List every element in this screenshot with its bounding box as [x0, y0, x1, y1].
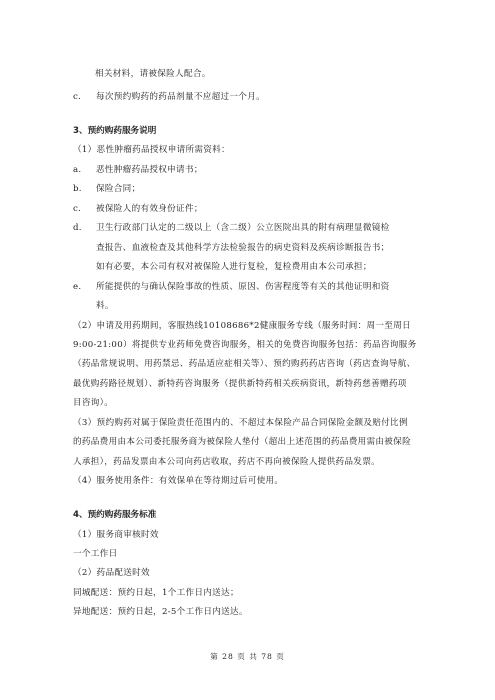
line-text: 最优购药路径规划）、新特药咨询服务（提供新特药相关疾病资讯，新特药慈善赠药项 [73, 379, 407, 389]
line-text: 3、预约购药服务说明 [73, 126, 156, 136]
paragraph-line: （2）药品配送时效 [73, 568, 150, 579]
paragraph-line: 最优购药路径规划）、新特药咨询服务（提供新特药相关疾病资讯，新特药慈善赠药项 [73, 379, 407, 390]
line-text: 目咨询）。 [73, 398, 113, 408]
list-marker: c. [73, 92, 96, 103]
list-marker: b. [73, 184, 96, 195]
line-text: 同城配送：预约日起，1个工作日内送达； [73, 588, 239, 598]
line-text: 所能提供的与确认保险事故的性质、原因、伤害程度等有关的其他证明和资 [96, 282, 390, 292]
line-text: （2）药品配送时效 [73, 568, 150, 578]
line-text: 4、预约购药服务标准 [73, 510, 156, 520]
line-text: 查报告、血液检查及其他科学方法检验报告的病史资料及疾病诊断报告书； [96, 243, 390, 253]
paragraph-line: （2）申请及用药期间，客服热线10108686*2健康服务专线（服务时间：周一至… [73, 321, 411, 332]
list-item: c.每次预约购药的药品剂量不应超过一个月。 [73, 92, 265, 103]
list-item: e.所能提供的与确认保险事故的性质、原因、伤害程度等有关的其他证明和资 [73, 282, 390, 293]
line-text: 相关材料，请被保险人配合。 [95, 69, 211, 79]
line-text: 一个工作日 [73, 549, 117, 559]
line-text: 9:00-21:00）将提供专业药师免费咨询服务，相关的免费咨询服务包括：药品咨… [73, 340, 416, 350]
line-text: 被保险人的有效身份证件； [96, 204, 203, 214]
line-text: （药品常规说明、用药禁忌、药品适应症相关等）、预约购药药店咨询（药店查询导航、 [73, 359, 416, 369]
paragraph-line: （1）服务商审核时效 [73, 530, 159, 541]
page-footer: 第 28 页 共 78 页 [0, 651, 495, 662]
section-heading: 4、预约购药服务标准 [73, 510, 156, 521]
paragraph-line: （药品常规说明、用药禁忌、药品适应症相关等）、预约购药药店咨询（药店查询导航、 [73, 359, 416, 370]
paragraph-line: 人承担），药品发票由本公司向药店收取，药店不再向被保险人提供药品发票。 [73, 457, 380, 468]
paragraph-line: 异地配送：预约日起，2-5个工作日内送达。 [73, 607, 248, 618]
list-item: c.被保险人的有效身份证件； [73, 204, 203, 215]
list-marker: a. [73, 165, 96, 176]
line-text: （4）服务使用条件：有效保单在等待期过后可使用。 [73, 476, 283, 486]
line-text: （1）服务商审核时效 [73, 530, 159, 540]
paragraph-line: （3）预约购药对属于保险责任范围内的、不超过本保险产品合同保险金额及赔付比例 [73, 418, 408, 429]
line-text: （2）申请及用药期间，客服热线10108686*2健康服务专线（服务时间：周一至… [73, 321, 411, 331]
line-text: 如有必要，本公司有权对被保险人进行复检，复检费用由本公司承担； [96, 262, 372, 272]
section-heading: 3、预约购药服务说明 [73, 126, 156, 137]
list-marker: c. [73, 204, 96, 215]
paragraph-line: （4）服务使用条件：有效保单在等待期过后可使用。 [73, 476, 283, 487]
line-text: （3）预约购药对属于保险责任范围内的、不超过本保险产品合同保险金额及赔付比例 [73, 418, 408, 428]
paragraph-line: 目咨询）。 [73, 398, 113, 409]
line-text: 卫生行政部门认定的二级以上（含二级）公立医院出具的附有病理显微镜检 [96, 223, 390, 233]
list-item: d.卫生行政部门认定的二级以上（含二级）公立医院出具的附有病理显微镜检 [73, 223, 390, 234]
paragraph-line: 9:00-21:00）将提供专业药师免费咨询服务，相关的免费咨询服务包括：药品咨… [73, 340, 416, 351]
paragraph-line: 一个工作日 [73, 549, 117, 560]
paragraph-line: 料。 [96, 301, 114, 312]
list-item: a.恶性肿瘤药品授权申请书； [73, 165, 203, 176]
line-text: 料。 [96, 301, 114, 311]
line-text: 每次预约购药的药品剂量不应超过一个月。 [96, 92, 265, 102]
paragraph-line: （1）恶性肿瘤药品授权申请所需资料： [73, 145, 230, 156]
paragraph-line: 同城配送：预约日起，1个工作日内送达； [73, 588, 239, 599]
paragraph-line: 如有必要，本公司有权对被保险人进行复检，复检费用由本公司承担； [96, 262, 372, 273]
paragraph-line: 查报告、血液检查及其他科学方法检验报告的病史资料及疾病诊断报告书； [96, 243, 390, 254]
line-text: 的药品费用由本公司委托服务商为被保险人垫付（超出上述范围的药品费用需由被保险 [73, 437, 411, 447]
line-text: 保险合同； [96, 184, 140, 194]
paragraph-line: 相关材料，请被保险人配合。 [95, 69, 211, 80]
line-text: 异地配送：预约日起，2-5个工作日内送达。 [73, 607, 248, 617]
line-text: 恶性肿瘤药品授权申请书； [96, 165, 203, 175]
line-text: （1）恶性肿瘤药品授权申请所需资料： [73, 145, 230, 155]
line-text: 人承担），药品发票由本公司向药店收取，药店不再向被保险人提供药品发票。 [73, 457, 380, 467]
list-marker: d. [73, 223, 96, 234]
paragraph-line: 的药品费用由本公司委托服务商为被保险人垫付（超出上述范围的药品费用需由被保险 [73, 437, 411, 448]
list-item: b.保险合同； [73, 184, 140, 195]
list-marker: e. [73, 282, 96, 293]
